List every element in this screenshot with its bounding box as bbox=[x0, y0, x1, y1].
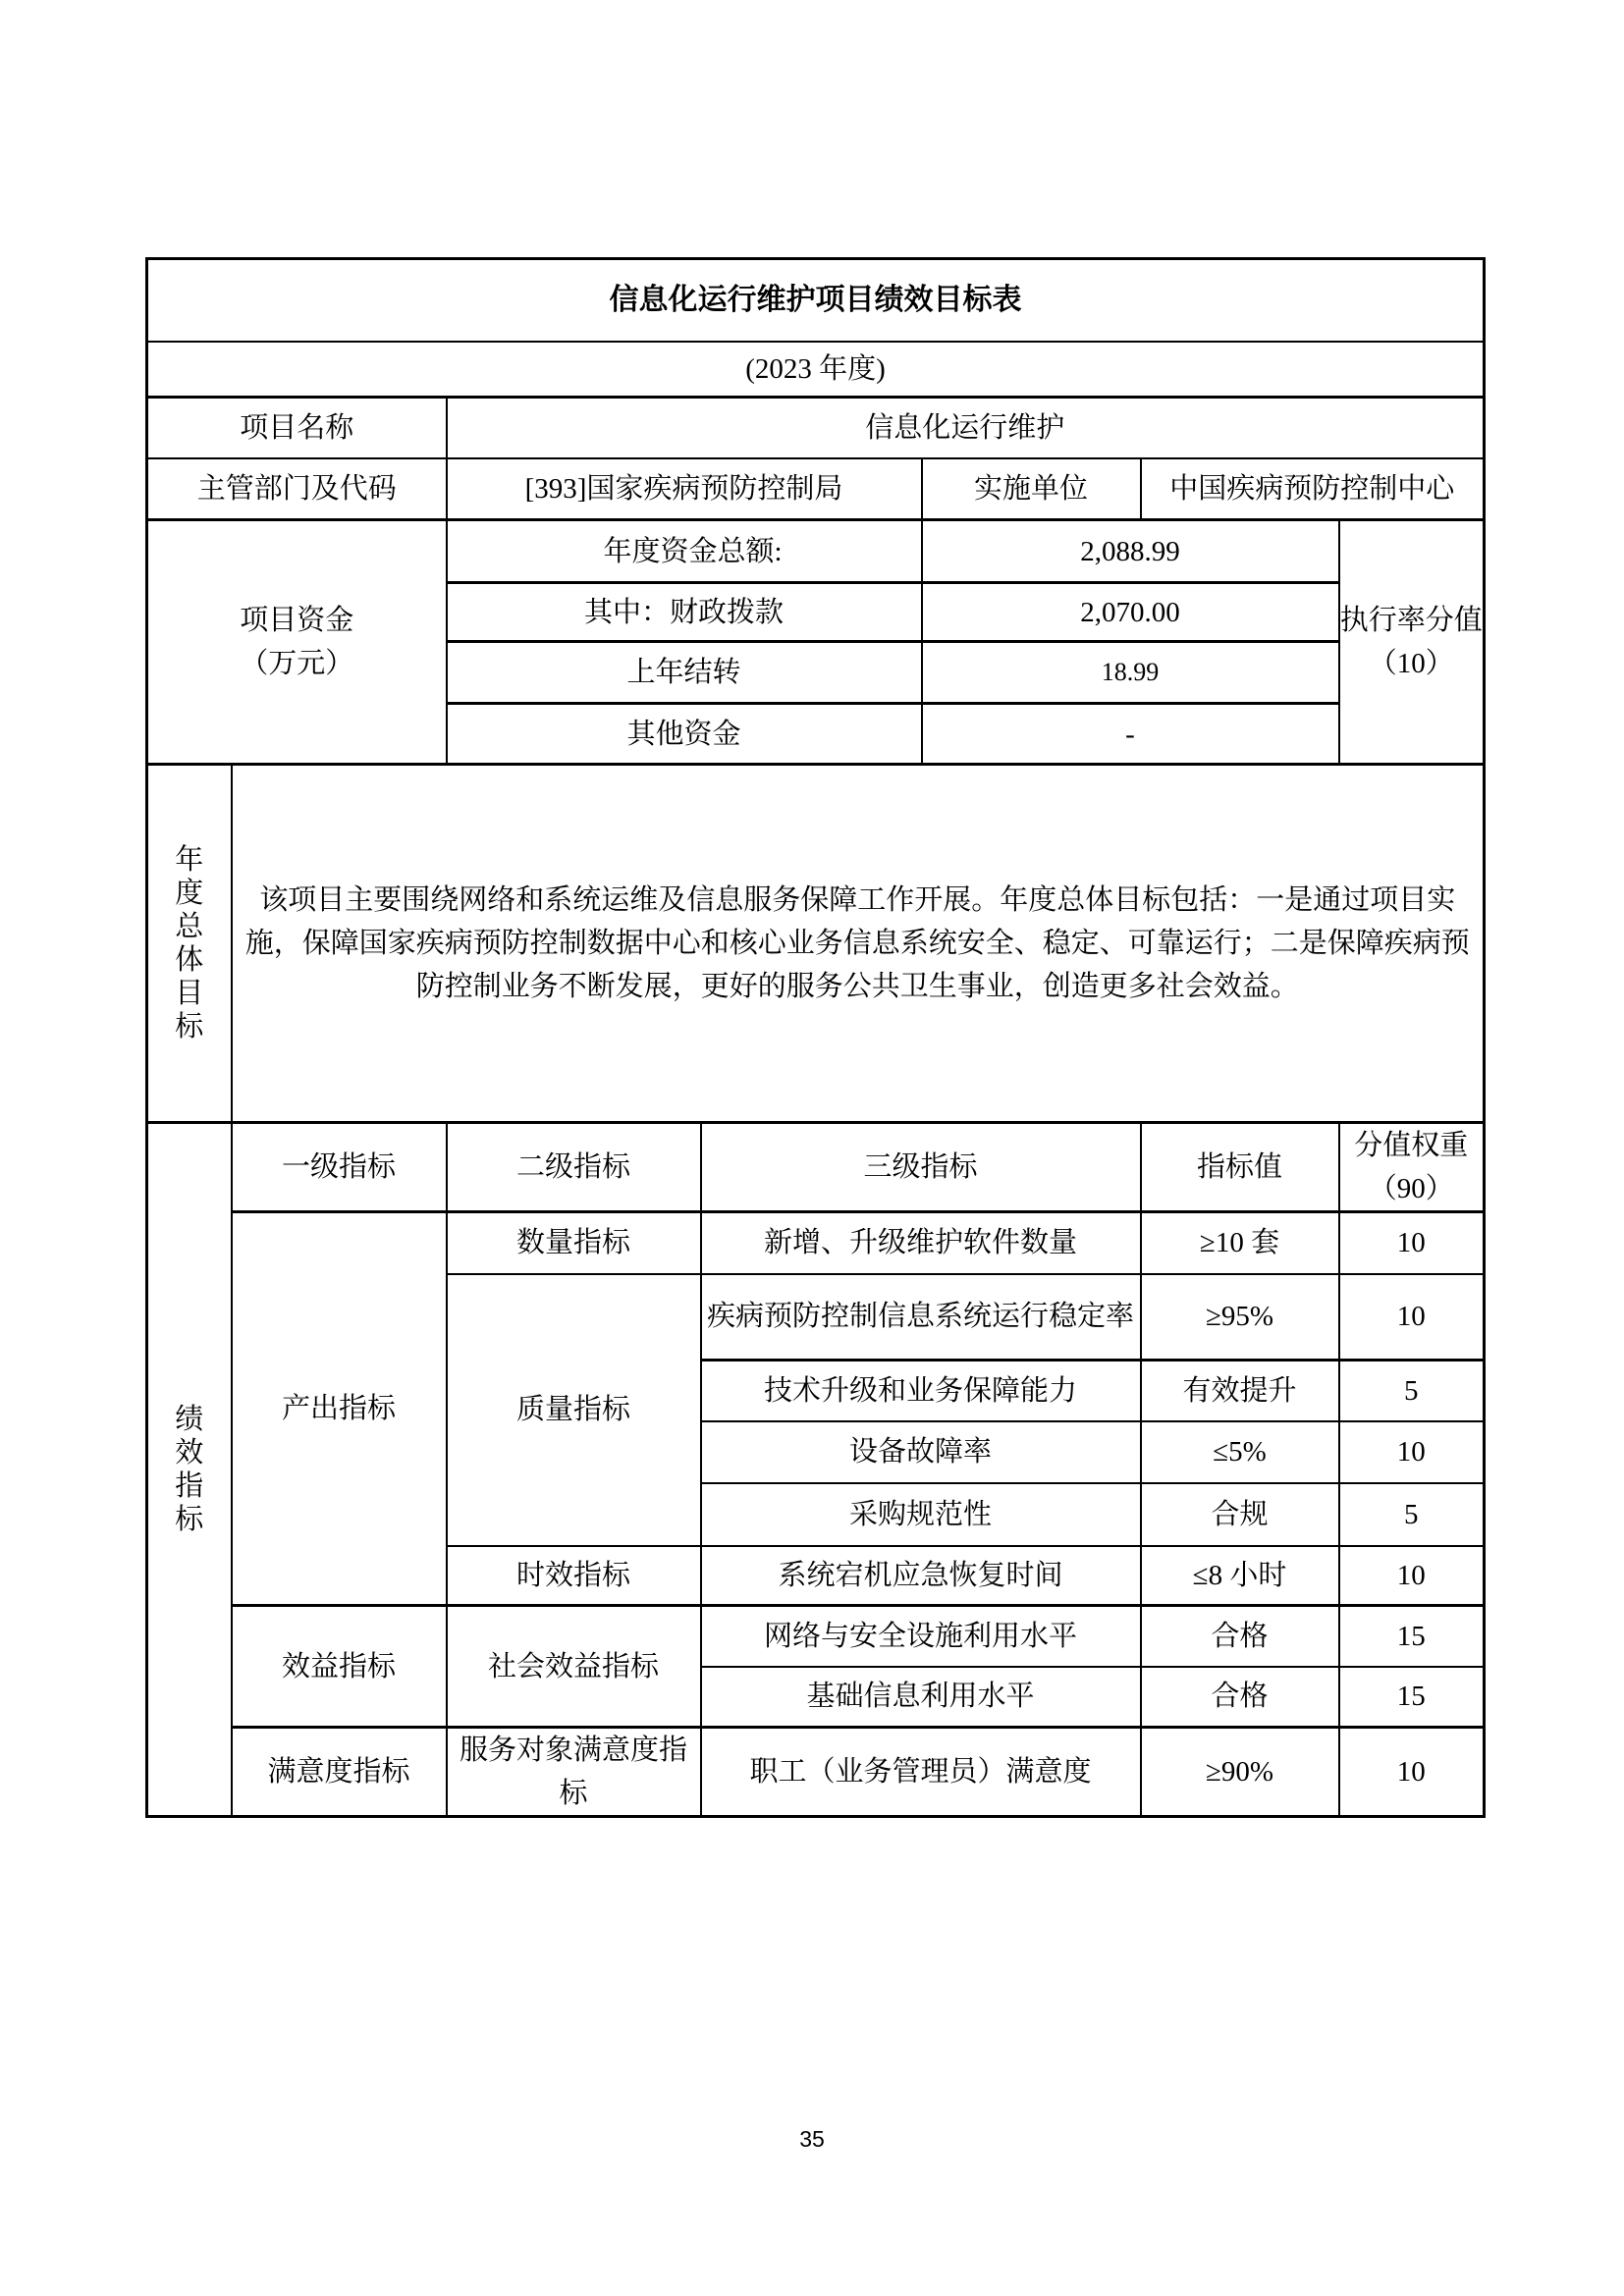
funding-item-fiscal: 其中：财政拨款 bbox=[447, 583, 922, 642]
indicator-weight-cell: 10 bbox=[1339, 1728, 1485, 1817]
annual-goal-label: 年度总体目标 bbox=[147, 765, 232, 1123]
indicator-l2-quantity: 数量指标 bbox=[447, 1212, 701, 1274]
funding-item-carryover: 上年结转 bbox=[447, 642, 922, 704]
indicator-l2-service-satisfaction: 服务对象满意度指标 bbox=[447, 1728, 701, 1817]
annual-goal-label-text: 年度总体目标 bbox=[174, 843, 204, 1043]
header-level3: 三级指标 bbox=[701, 1123, 1141, 1212]
indicator-l3-cell: 新增、升级维护软件数量 bbox=[701, 1212, 1141, 1274]
header-level2: 二级指标 bbox=[447, 1123, 701, 1212]
funding-item-other: 其他资金 bbox=[447, 704, 922, 765]
indicator-l3-cell: 设备故障率 bbox=[701, 1421, 1141, 1483]
indicator-l3-cell: 系统宕机应急恢复时间 bbox=[701, 1546, 1141, 1606]
funding-amount-other: - bbox=[922, 704, 1339, 765]
funding-label: 项目资金 （万元） bbox=[147, 520, 447, 765]
indicator-l2-timeliness: 时效指标 bbox=[447, 1546, 701, 1606]
indicator-value-cell: 合格 bbox=[1141, 1606, 1339, 1667]
indicator-l3-cell: 采购规范性 bbox=[701, 1483, 1141, 1546]
indicator-value-cell: ≤8 小时 bbox=[1141, 1546, 1339, 1606]
indicator-value-cell: ≥90% bbox=[1141, 1728, 1339, 1817]
indicators-label: 绩效指标 bbox=[147, 1123, 232, 1817]
indicator-value-cell: ≤5% bbox=[1141, 1421, 1339, 1483]
document-page: 信息化运行维护项目绩效目标表 (2023 年度) 项目名称 信息化运行维护 主管… bbox=[0, 0, 1624, 2296]
indicator-weight-cell: 10 bbox=[1339, 1274, 1485, 1361]
indicator-value-cell: ≥10 套 bbox=[1141, 1212, 1339, 1274]
indicator-weight-cell: 5 bbox=[1339, 1361, 1485, 1421]
indicator-l3-cell: 疾病预防控制信息系统运行稳定率 bbox=[701, 1274, 1141, 1361]
indicator-l3-cell: 技术升级和业务保障能力 bbox=[701, 1361, 1141, 1421]
exec-rate-score-cell: 执行率分值（10） bbox=[1339, 520, 1485, 765]
indicator-l1-output: 产出指标 bbox=[232, 1212, 447, 1606]
funding-amount-carryover: 18.99 bbox=[922, 642, 1339, 704]
impl-unit-value: 中国疾病预防控制中心 bbox=[1141, 458, 1485, 520]
period-cell: (2023 年度) bbox=[147, 342, 1485, 398]
indicator-l1-satisfaction: 满意度指标 bbox=[232, 1728, 447, 1817]
indicator-value-cell: 有效提升 bbox=[1141, 1361, 1339, 1421]
dept-label: 主管部门及代码 bbox=[147, 458, 447, 520]
indicator-l3-cell: 职工（业务管理员）满意度 bbox=[701, 1728, 1141, 1817]
indicator-l2-quality: 质量指标 bbox=[447, 1274, 701, 1546]
indicators-label-text: 绩效指标 bbox=[174, 1403, 204, 1536]
annual-goal-text: 该项目主要围绕网络和系统运维及信息服务保障工作开展。年度总体目标包括：一是通过项… bbox=[232, 765, 1485, 1123]
indicator-weight-cell: 5 bbox=[1339, 1483, 1485, 1546]
header-level1: 一级指标 bbox=[232, 1123, 447, 1212]
funding-amount-total: 2,088.99 bbox=[922, 520, 1339, 583]
funding-amount-fiscal: 2,070.00 bbox=[922, 583, 1339, 642]
indicator-weight-cell: 15 bbox=[1339, 1667, 1485, 1728]
indicator-weight-cell: 10 bbox=[1339, 1212, 1485, 1274]
indicator-value-cell: 合格 bbox=[1141, 1667, 1339, 1728]
header-value: 指标值 bbox=[1141, 1123, 1339, 1212]
table-title: 信息化运行维护项目绩效目标表 bbox=[147, 259, 1485, 342]
funding-item-total: 年度资金总额: bbox=[447, 520, 922, 583]
header-weight: 分值权重 （90） bbox=[1339, 1123, 1485, 1212]
indicator-weight-cell: 10 bbox=[1339, 1421, 1485, 1483]
indicator-value-cell: ≥95% bbox=[1141, 1274, 1339, 1361]
indicator-value-cell: 合规 bbox=[1141, 1483, 1339, 1546]
indicator-weight-cell: 15 bbox=[1339, 1606, 1485, 1667]
indicator-l2-social-benefit: 社会效益指标 bbox=[447, 1606, 701, 1728]
indicator-l1-benefit: 效益指标 bbox=[232, 1606, 447, 1728]
dept-value: [393]国家疾病预防控制局 bbox=[447, 458, 922, 520]
project-name-value: 信息化运行维护 bbox=[447, 398, 1485, 458]
project-name-label: 项目名称 bbox=[147, 398, 447, 458]
indicator-weight-cell: 10 bbox=[1339, 1546, 1485, 1606]
indicator-l3-cell: 基础信息利用水平 bbox=[701, 1667, 1141, 1728]
impl-unit-label: 实施单位 bbox=[922, 458, 1141, 520]
page-number: 35 bbox=[0, 2126, 1624, 2153]
indicator-l3-cell: 网络与安全设施利用水平 bbox=[701, 1606, 1141, 1667]
performance-target-table: 信息化运行维护项目绩效目标表 (2023 年度) 项目名称 信息化运行维护 主管… bbox=[145, 257, 1486, 1818]
